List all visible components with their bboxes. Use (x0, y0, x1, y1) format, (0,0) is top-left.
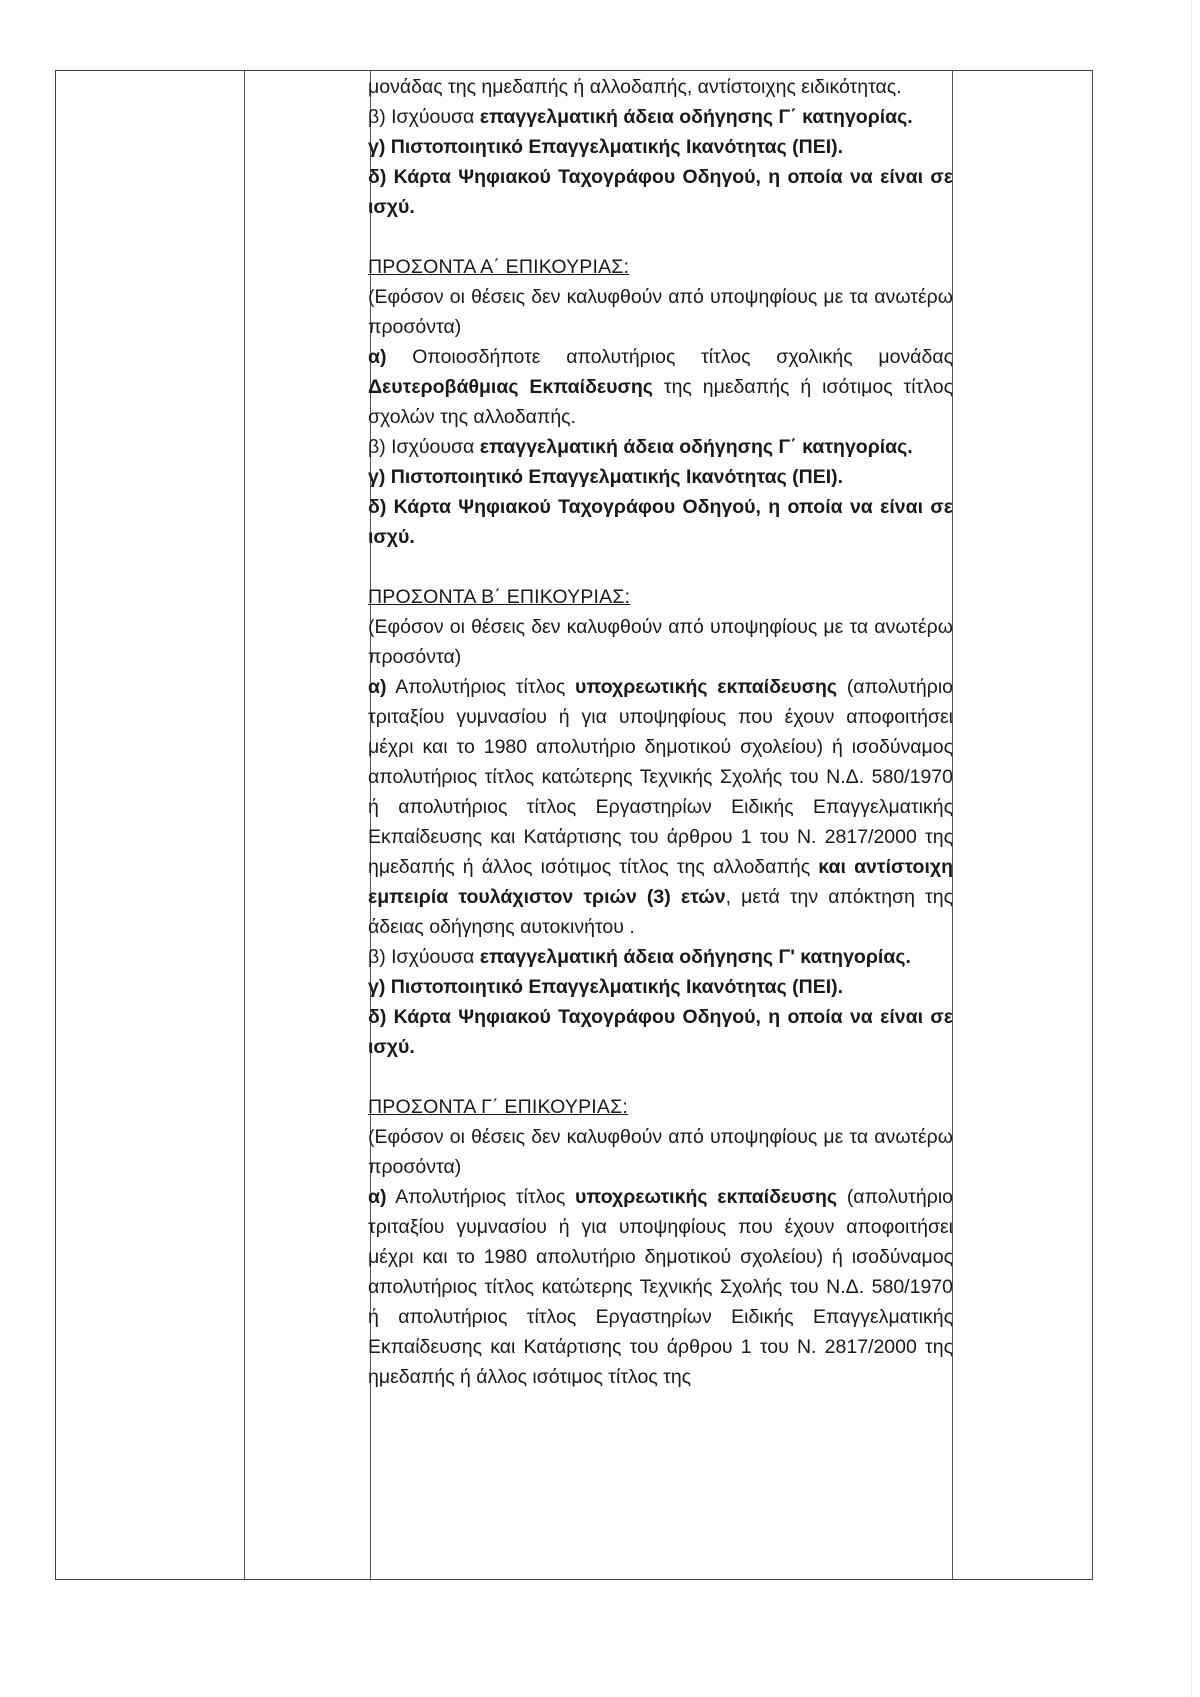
section-a-condition: (Εφόσον οι θέσεις δεν καλυφθούν από υποψ… (368, 282, 953, 342)
section-c-item-a: α) Απολυτήριος τίτλος υποχρεωτικής εκπαί… (368, 1182, 953, 1392)
table-column-divider (244, 71, 245, 1579)
intro-item-c: γ) Πιστοποιητικό Επαγγελματικής Ικανότητ… (368, 132, 953, 162)
section-b-item-a: α) Απολυτήριος τίτλος υποχρεωτικής εκπαί… (368, 672, 953, 942)
section-a-item-d: δ) Κάρτα Ψηφιακού Ταχογράφου Οδηγού, η ο… (368, 492, 953, 552)
section-c-condition: (Εφόσον οι θέσεις δεν καλυφθούν από υποψ… (368, 1122, 953, 1182)
page-edge-shadow (1191, 0, 1192, 1697)
document-page: μονάδας της ημεδαπής ή αλλοδαπής, αντίστ… (0, 0, 1200, 1697)
section-heading-c: ΠΡΟΣΟΝΤΑ Γ΄ ΕΠΙΚΟΥΡΙΑΣ: (368, 1092, 953, 1122)
section-heading-b: ΠΡΟΣΟΝΤΑ Β΄ ΕΠΙΚΟΥΡΙΑΣ: (368, 582, 953, 612)
intro-item-b: β) Ισχύουσα επαγγελματική άδεια οδήγησης… (368, 102, 953, 132)
qualifications-cell: μονάδας της ημεδαπής ή αλλοδαπής, αντίστ… (368, 72, 953, 1392)
section-heading-a: ΠΡΟΣΟΝΤΑ Α΄ ΕΠΙΚΟΥΡΙΑΣ: (368, 252, 953, 282)
section-b-item-b: β) Ισχύουσα επαγγελματική άδεια οδήγησης… (368, 942, 953, 972)
section-a-item-c: γ) Πιστοποιητικό Επαγγελματικής Ικανότητ… (368, 462, 953, 492)
intro-item-d: δ) Κάρτα Ψηφιακού Ταχογράφου Οδηγού, η ο… (368, 162, 953, 222)
section-b-condition: (Εφόσον οι θέσεις δεν καλυφθούν από υποψ… (368, 612, 953, 672)
section-a-item-a: α) Οποιοσδήποτε απολυτήριος τίτλος σχολι… (368, 342, 953, 432)
intro-line-a-continuation: μονάδας της ημεδαπής ή αλλοδαπής, αντίστ… (368, 72, 953, 102)
section-b-item-d: δ) Κάρτα Ψηφιακού Ταχογράφου Οδηγού, η ο… (368, 1002, 953, 1062)
section-a-item-b: β) Ισχύουσα επαγγελματική άδεια οδήγησης… (368, 432, 953, 462)
section-b-item-c: γ) Πιστοποιητικό Επαγγελματικής Ικανότητ… (368, 972, 953, 1002)
